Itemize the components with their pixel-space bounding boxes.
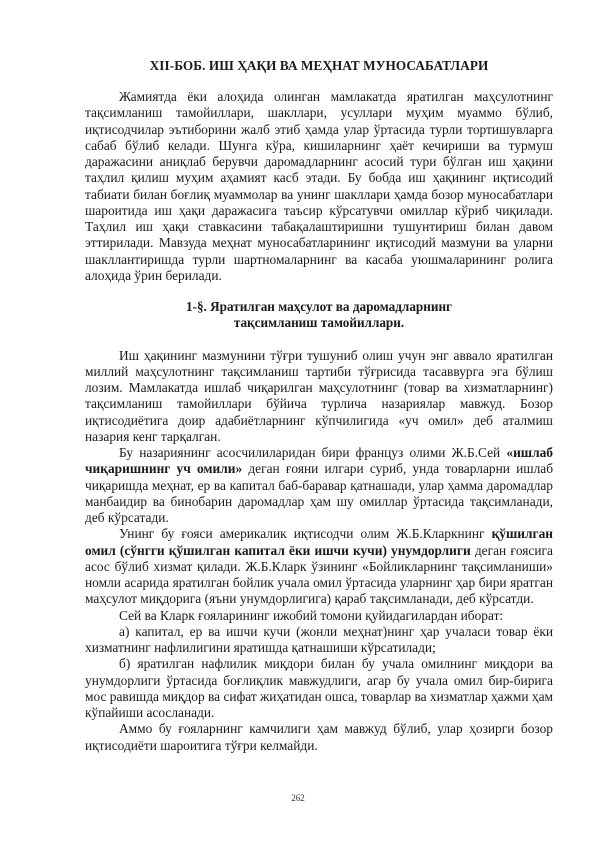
section-title: 1-§. Яратилган маҳсулот ва даромадларнин… [85, 299, 553, 332]
list-item-b: б) яратилган нафлилик миқдори билан бу у… [85, 656, 553, 721]
document-page: XII-БОБ. ИШ ҲАҚИ ВА МЕҲНАТ МУНОСАБАТЛАРИ… [85, 57, 553, 754]
intro-paragraph: Жамиятда ёки алоҳида олинган мамлакатда … [85, 89, 553, 284]
paragraph-4: Сей ва Кларк ғояларининг ижобий томони қ… [85, 608, 553, 624]
paragraph-1: Иш ҳақининг мазмунини тўғри тушуниб олиш… [85, 348, 553, 446]
section-title-line-2: тақсимланиш тамойиллари. [85, 315, 553, 331]
chapter-title: XII-БОБ. ИШ ҲАҚИ ВА МЕҲНАТ МУНОСАБАТЛАРИ [85, 57, 553, 75]
page-number: 262 [0, 793, 596, 803]
paragraph-3: Унинг бу ғояси америкалик иқтисодчи олим… [85, 526, 553, 607]
paragraph-2-text-before: Бу назариянинг асосчилиларидан бири фран… [119, 445, 506, 460]
paragraph-3-text-before: Унинг бу ғояси америкалик иқтисодчи олим… [119, 526, 492, 541]
paragraph-7: Аммо бу ғояларнинг камчилиги ҳам мавжуд … [85, 721, 553, 754]
list-item-a: а) капитал, ер ва ишчи кучи (жонли меҳна… [85, 624, 553, 657]
section-title-line-1: 1-§. Яратилган маҳсулот ва даромадларнин… [85, 299, 553, 315]
paragraph-2: Бу назариянинг асосчилиларидан бири фран… [85, 445, 553, 526]
